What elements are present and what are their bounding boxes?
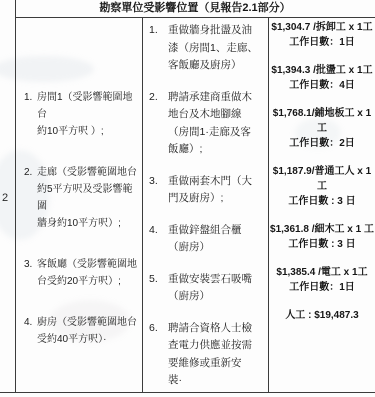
cost-days: 工作日數 : 3 日 xyxy=(269,194,375,209)
repair-work-text: 重做安裝雲石吸嘴 （廚房） xyxy=(168,271,265,306)
cost-rate: $1,394.3 /批盪工 x 1工 xyxy=(269,63,375,78)
cost-rate: $1,187.9/普通工人 x 1 工 xyxy=(269,164,375,194)
repair-work-text: 重做牆身批盪及油 漆（房間1、走廊、 客飯廳及廚房） xyxy=(168,22,265,75)
location-item-4: 4. 廚房（受影響範圍地台 受約40平方呎）· xyxy=(24,314,138,348)
cost-rate: $1,768.1/鋪地板工 x 1工 xyxy=(269,106,375,136)
table-header-title: 勘察單位受影響位置（見報告2.1部分） xyxy=(15,0,375,17)
cost-item-electrician: $1,385.4 /電工 x 1工 工作日數：1日 xyxy=(269,265,375,295)
table-row-number: 2 xyxy=(2,192,8,204)
scanned-report-table-page: 2 勘察單位受影響位置（見報告2.1部分） 1. 房間1（受影響範圍地台 約10… xyxy=(0,0,375,397)
location-item-text: 客飯廳（受影響範圍地 台受約20平方呎）; xyxy=(37,256,138,290)
location-item-text: 房間1（受影響範圍地台 約10平方呎 ）; xyxy=(37,89,138,140)
list-number: 1. xyxy=(24,89,37,106)
cost-item-demolition: $1,304.7 /拆卸工 x 1工 工作日數：1日 xyxy=(269,20,375,50)
repair-work-item-1: 1. 重做牆身批盪及油 漆（房間1、走廊、 客飯廳及廚房） xyxy=(149,22,265,75)
repair-work-text: 重做鋅盤組合櫃 （廚房） xyxy=(168,222,265,257)
repair-work-item-6: 6. 聘請合資格人士檢 查電力供應並按需 要維修或重新安 裝· xyxy=(149,320,265,390)
repair-work-item-2: 2. 聘請承建商重做木 地台及木地腳線 （房間1·走廊及客 飯廳）; xyxy=(149,89,265,159)
list-number: 3. xyxy=(149,173,168,191)
repair-work-item-3: 3. 重做兩套木門（大 門及廚房）; xyxy=(149,173,265,208)
list-number: 3. xyxy=(24,256,37,273)
cost-days: 工作日數：1日 xyxy=(269,280,375,295)
repair-work-item-4: 4. 重做鋅盤組合櫃 （廚房） xyxy=(149,222,265,257)
cost-rate: $1,304.7 /拆卸工 x 1工 xyxy=(269,20,375,35)
list-number: 5. xyxy=(149,271,168,289)
cost-days: 工作日數：2日 xyxy=(269,136,375,151)
cost-item-carpentry: $1,361.8 /細木工 x 1 工 工作日數 : 3 日 xyxy=(269,222,375,252)
cost-days: 工作日數 : 3 日 xyxy=(269,237,375,252)
cost-item-plastering: $1,394.3 /批盪工 x 1工 工作日數：4日 xyxy=(269,63,375,93)
repair-work-item-5: 5. 重做安裝雲石吸嘴 （廚房） xyxy=(149,271,265,306)
affected-locations-column: 1. 房間1（受影響範圍地台 約10平方呎 ）; 2. 走廊（受影響範圍地台 約… xyxy=(16,18,142,372)
cost-item-general-worker: $1,187.9/普通工人 x 1 工 工作日數 : 3 日 xyxy=(269,164,375,209)
location-item-2: 2. 走廊（受影響範圍地台 約5平方呎及受影響範圍 牆身約10平方呎）; xyxy=(24,164,138,232)
location-item-3: 3. 客飯廳（受影響範圍地 台受約20平方呎）; xyxy=(24,256,138,290)
list-number: 1. xyxy=(149,22,168,40)
list-number: 4. xyxy=(149,222,168,240)
labour-total: 人工 : $19,487.3 xyxy=(269,308,375,323)
list-number: 2. xyxy=(24,164,37,181)
list-number: 4. xyxy=(24,314,37,331)
cost-days: 工作日數：4日 xyxy=(269,78,375,93)
labour-costs-column: $1,304.7 /拆卸工 x 1工 工作日數：1日 $1,394.3 /批盪工… xyxy=(269,18,375,323)
repair-work-text: 聘請承建商重做木 地台及木地腳線 （房間1·走廊及客 飯廳）; xyxy=(168,89,265,159)
location-item-1: 1. 房間1（受影響範圍地台 約10平方呎 ）; xyxy=(24,89,138,140)
list-number: 2. xyxy=(149,89,168,107)
repair-work-text: 聘請合資格人士檢 查電力供應並按需 要維修或重新安 裝· xyxy=(168,320,265,390)
location-item-text: 廚房（受影響範圍地台 受約40平方呎）· xyxy=(37,314,138,348)
cost-rate: $1,361.8 /細木工 x 1 工 xyxy=(269,222,375,237)
cost-item-flooring: $1,768.1/鋪地板工 x 1工 工作日數：2日 xyxy=(269,106,375,151)
list-number: 6. xyxy=(149,320,168,338)
cost-days: 工作日數：1日 xyxy=(269,35,375,50)
repair-work-text: 重做兩套木門（大 門及廚房）; xyxy=(168,173,265,208)
location-item-text: 走廊（受影響範圍地台 約5平方呎及受影響範圍 牆身約10平方呎）; xyxy=(37,164,138,232)
repair-works-column: 1. 重做牆身批盪及油 漆（房間1、走廊、 客飯廳及廚房） 2. 聘請承建商重做… xyxy=(143,18,268,397)
cost-rate: $1,385.4 /電工 x 1工 xyxy=(269,265,375,280)
